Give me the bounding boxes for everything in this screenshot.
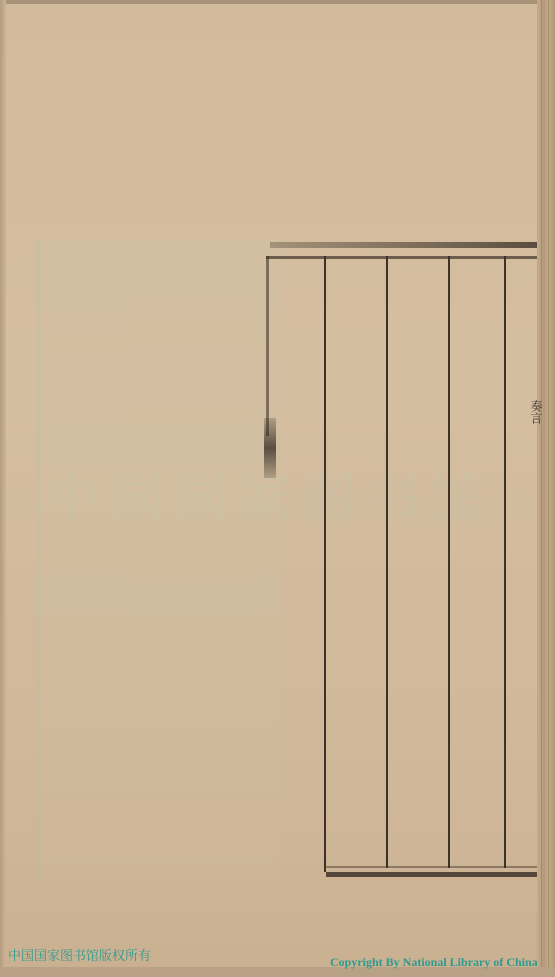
spine-caption: 奏言: [529, 400, 543, 424]
page-left-edge: [0, 0, 6, 977]
ink-smudge: [264, 418, 276, 478]
printed-column-frame: [266, 256, 538, 874]
book-spine-edge: [537, 0, 555, 977]
page-top-edge: [0, 0, 555, 4]
copyright-notice-chinese: 中国国家图书馆版权所有: [8, 945, 151, 964]
frame-bottom-border-thin: [326, 866, 538, 868]
frame-bottom-border: [326, 872, 538, 877]
copyright-notice-english: Copyright By National Library of China: [330, 955, 538, 970]
column-rule-4: [504, 256, 506, 868]
frame-top-border: [266, 256, 538, 259]
spine-line: [541, 0, 542, 977]
scanned-page: 中国国家图书馆 奏言 中国国家图书馆版权所有 Copyright By Nati…: [0, 0, 555, 977]
frame-top-border-thick: [270, 242, 540, 248]
column-rule-2: [386, 256, 388, 868]
column-rule-3: [448, 256, 450, 868]
faded-print-panel: [38, 240, 279, 880]
column-rule-1: [324, 256, 326, 872]
frame-left-border: [266, 256, 269, 436]
spine-line: [548, 0, 549, 977]
